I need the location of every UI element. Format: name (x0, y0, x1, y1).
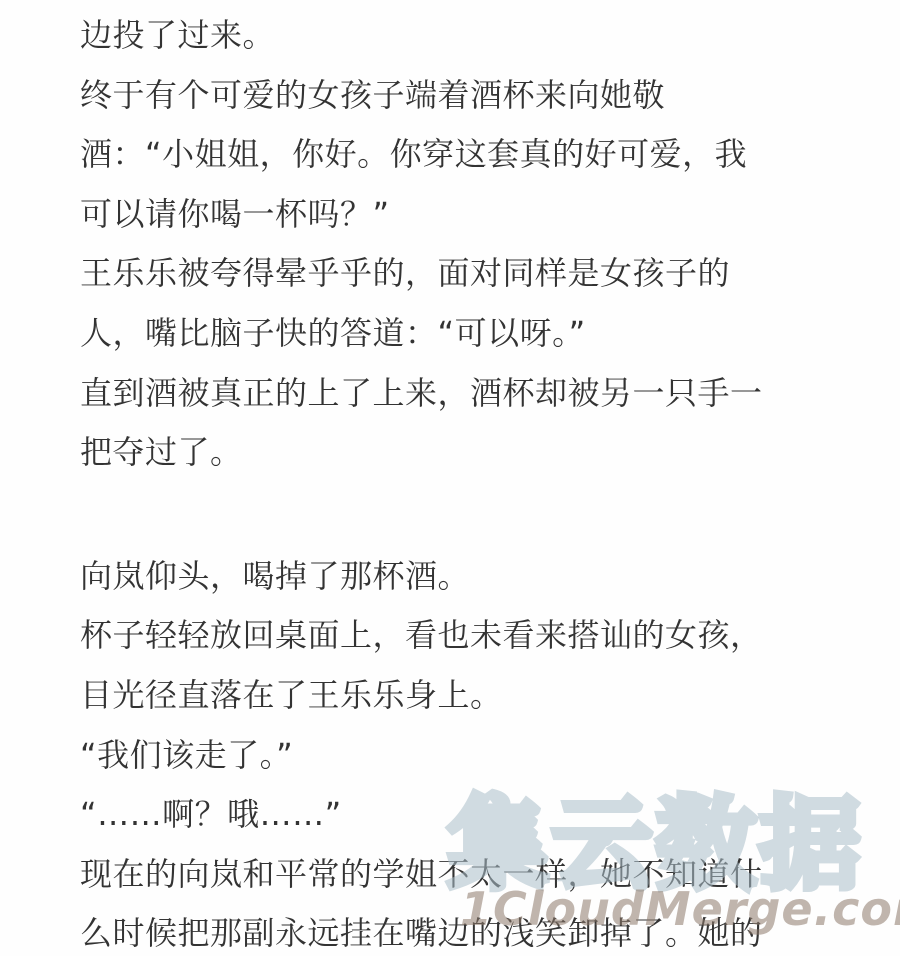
text-line-7: 直到酒被真正的上了上来，酒杯却被另一只手一 (80, 364, 860, 424)
text-line-13: “我们该走了。” (80, 726, 860, 786)
document-page: 边投了过来。 终于有个可爱的女孩子端着酒杯来向她敬 酒：“小姐姐，你好。你穿这套… (0, 0, 900, 956)
text-line-10: 向岚仰头，喝掉了那杯酒。 (80, 547, 860, 607)
text-line-2: 终于有个可爱的女孩子端着酒杯来向她敬 (80, 66, 860, 126)
text-line-8: 把夺过了。 (80, 423, 860, 483)
text-line-3: 酒：“小姐姐，你好。你穿这套真的好可爱，我 (80, 125, 860, 185)
story-text: 边投了过来。 终于有个可爱的女孩子端着酒杯来向她敬 酒：“小姐姐，你好。你穿这套… (80, 6, 860, 956)
text-line-12: 目光径直落在了王乐乐身上。 (80, 666, 860, 726)
text-line-15: 现在的向岚和平常的学姐不太一样，她不知道什 (80, 845, 860, 905)
text-line-6: 人，嘴比脑子快的答道：“可以呀。” (80, 304, 860, 364)
text-line-16: 么时候把那副永远挂在嘴边的浅笑卸掉了。她的 (80, 904, 860, 956)
text-line-1: 边投了过来。 (80, 6, 860, 66)
text-line-4: 可以请你喝一杯吗？” (80, 185, 860, 245)
text-line-5: 王乐乐被夸得晕乎乎的，面对同样是女孩子的 (80, 244, 860, 304)
text-line-11: 杯子轻轻放回桌面上，看也未看来搭讪的女孩， (80, 606, 860, 666)
paragraph-gap (80, 483, 860, 547)
text-line-14: “……啊？哦……” (80, 785, 860, 845)
